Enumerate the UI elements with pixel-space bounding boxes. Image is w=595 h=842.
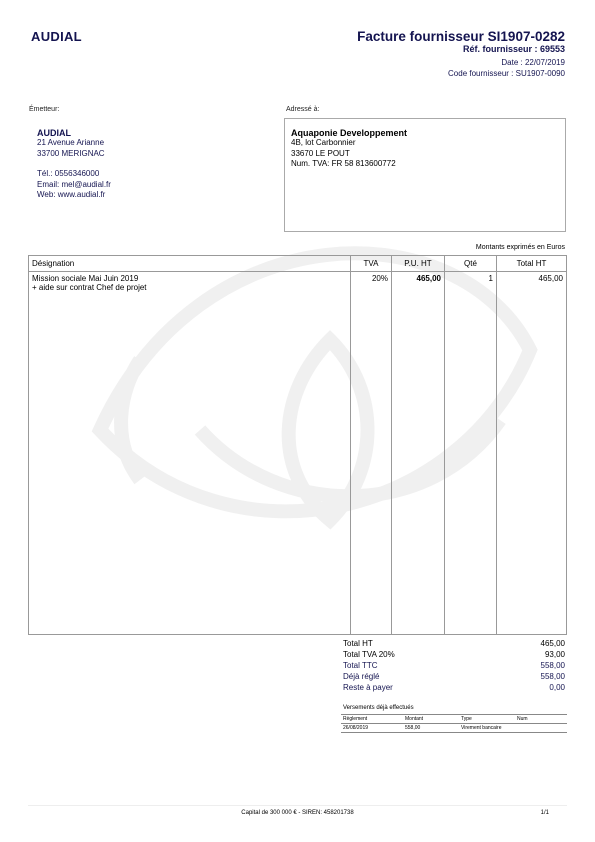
sender-address2: 33700 MERIGNAC — [37, 149, 111, 159]
supplier-code: Code fournisseur : SU1907-0090 — [448, 69, 565, 78]
invoice-title: Facture fournisseur SI1907-0282 — [357, 29, 565, 44]
recipient-block: Aquaponie Developpement 4B, lot Carbonni… — [291, 128, 407, 170]
total-ttc-row: Total TTC 558,00 — [343, 660, 565, 671]
payments-title: Versements déjà effectués — [343, 705, 414, 711]
payments-col-amount: Montant — [403, 715, 459, 724]
total-ht-label: Total HT — [343, 638, 373, 649]
total-vat-row: Total TVA 20% 93,00 — [343, 649, 565, 660]
col-quantity: Qté — [445, 256, 497, 272]
col-vat: TVA — [351, 256, 392, 272]
company-logo-text: AUDIAL — [31, 29, 82, 44]
line-vat: 20% — [351, 272, 392, 295]
recipient-vat: Num. TVA: FR 58 813600772 — [291, 159, 407, 169]
total-ht-value: 465,00 — [541, 638, 565, 649]
total-ttc-value: 558,00 — [541, 660, 565, 671]
payments-col-date: Règlement — [341, 715, 403, 724]
invoice-date: Date : 22/07/2019 — [501, 58, 565, 67]
sender-email: Email: mel@audial.fr — [37, 180, 111, 190]
recipient-address1: 4B, lot Carbonnier — [291, 138, 407, 148]
recipient-address2: 33670 LE POUT — [291, 149, 407, 159]
recipient-label: Adressé à: — [286, 106, 319, 113]
line-designation-detail: + aide sur contrat Chef de projet — [32, 283, 347, 292]
payment-type: Virement bancaire — [459, 724, 567, 733]
remaining-row: Reste à payer 0,00 — [343, 682, 565, 693]
line-unit-price: 465,00 — [392, 272, 445, 295]
totals-block: Total HT 465,00 Total TVA 20% 93,00 Tota… — [343, 638, 565, 693]
line-designation: Mission sociale Mai Juin 2019 + aide sur… — [29, 272, 351, 295]
table-filler-row — [29, 295, 567, 635]
col-total-ht: Total HT — [497, 256, 567, 272]
footer-legal: Capital de 300 000 € - SIREN: 458201738 — [0, 810, 595, 816]
already-paid-value: 558,00 — [541, 671, 565, 682]
table-header-row: Désignation TVA P.U. HT Qté Total HT — [29, 256, 567, 272]
footer-divider — [28, 805, 567, 806]
payment-amount: 558,00 — [403, 724, 459, 733]
payments-header-row: Règlement Montant Type Num — [341, 715, 567, 724]
sender-web: Web: www.audial.fr — [37, 190, 111, 200]
sender-phone: Tél.: 0556346000 — [37, 169, 111, 179]
sender-block: AUDIAL 21 Avenue Arianne 33700 MERIGNAC … — [37, 128, 111, 200]
line-designation-main: Mission sociale Mai Juin 2019 — [32, 274, 347, 283]
sender-label: Émetteur: — [29, 106, 59, 113]
supplier-reference: Réf. fournisseur : 69553 — [463, 44, 565, 54]
total-ttc-label: Total TTC — [343, 660, 378, 671]
payments-col-type: Type — [459, 715, 515, 724]
table-row: 26/08/2019 558,00 Virement bancaire — [341, 724, 567, 733]
sender-name: AUDIAL — [37, 128, 111, 138]
page-number: 1/1 — [541, 810, 549, 816]
total-vat-label: Total TVA 20% — [343, 649, 395, 660]
already-paid-row: Déjà réglé 558,00 — [343, 671, 565, 682]
payments-col-num: Num — [515, 715, 567, 724]
remaining-value: 0,00 — [549, 682, 565, 693]
already-paid-label: Déjà réglé — [343, 671, 379, 682]
invoice-lines-table: Désignation TVA P.U. HT Qté Total HT Mis… — [28, 255, 567, 635]
payment-date: 26/08/2019 — [341, 724, 403, 733]
col-designation: Désignation — [29, 256, 351, 272]
line-quantity: 1 — [445, 272, 497, 295]
col-unit-price: P.U. HT — [392, 256, 445, 272]
payments-table: Règlement Montant Type Num 26/08/2019 55… — [341, 714, 567, 733]
currency-note: Montants exprimés en Euros — [476, 244, 565, 251]
total-ht-row: Total HT 465,00 — [343, 638, 565, 649]
table-row: Mission sociale Mai Juin 2019 + aide sur… — [29, 272, 567, 295]
total-vat-value: 93,00 — [545, 649, 565, 660]
line-total: 465,00 — [497, 272, 567, 295]
remaining-label: Reste à payer — [343, 682, 393, 693]
recipient-name: Aquaponie Developpement — [291, 128, 407, 138]
sender-address1: 21 Avenue Arianne — [37, 138, 111, 148]
